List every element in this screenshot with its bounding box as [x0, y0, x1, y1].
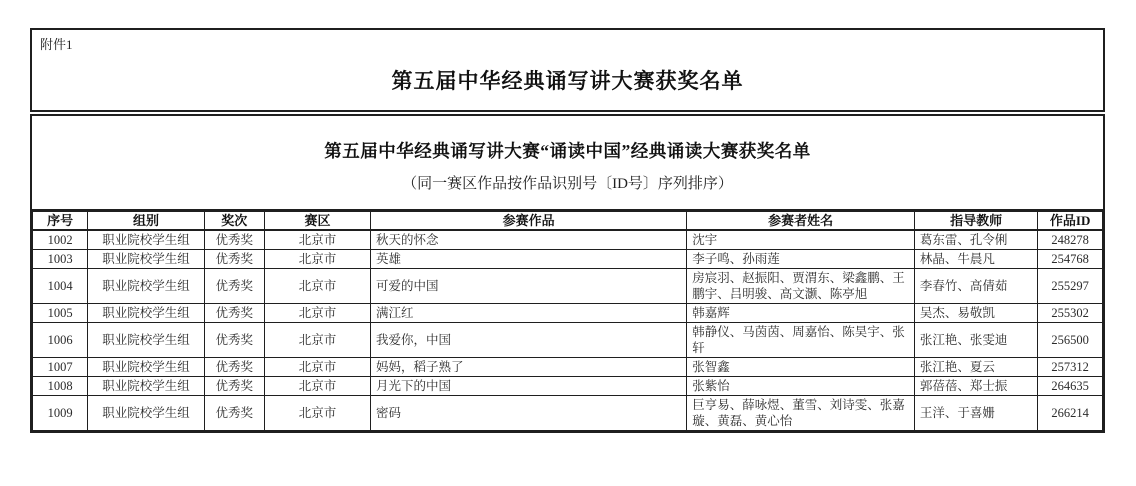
content-box: 第五届中华经典诵写讲大赛“诵读中国”经典诵读大赛获奖名单 （同一赛区作品按作品识…: [30, 114, 1105, 433]
table-cell: 优秀奖: [204, 396, 265, 431]
table-cell: 256500: [1038, 323, 1103, 358]
table-cell: 职业院校学生组: [88, 377, 204, 396]
table-row: 1008职业院校学生组优秀奖北京市月光下的中国张紫怡郭蓓蓓、郑士振264635: [33, 377, 1103, 396]
table-cell: 1009: [33, 396, 88, 431]
table-row: 1009职业院校学生组优秀奖北京市密码巨亨易、薛咏煜、董雪、刘诗雯、张嘉璇、黄磊…: [33, 396, 1103, 431]
table-cell: 巨亨易、薛咏煜、董雪、刘诗雯、张嘉璇、黄磊、黄心怡: [687, 396, 915, 431]
table-cell: 优秀奖: [204, 230, 265, 250]
main-title: 第五届中华经典诵写讲大赛获奖名单: [40, 65, 1095, 95]
table-cell: 1005: [33, 304, 88, 323]
table-cell: 张紫怡: [687, 377, 915, 396]
table-cell: 李春竹、高倩茹: [914, 269, 1037, 304]
table-cell: 1002: [33, 230, 88, 250]
awards-table-body: 1002职业院校学生组优秀奖北京市秋天的怀念沈宇葛东雷、孔令俐248278100…: [33, 230, 1103, 431]
table-row: 1005职业院校学生组优秀奖北京市满江红韩嘉辉吴杰、易敬凯255302: [33, 304, 1103, 323]
table-cell: 职业院校学生组: [88, 269, 204, 304]
table-cell: 1003: [33, 250, 88, 269]
table-header-cell: 奖次: [204, 211, 265, 231]
table-cell: 可爱的中国: [370, 269, 686, 304]
table-cell: 优秀奖: [204, 358, 265, 377]
table-cell: 韩静仪、马茵茵、周嘉怡、陈昊宇、张轩: [687, 323, 915, 358]
table-cell: 优秀奖: [204, 269, 265, 304]
table-cell: 王洋、于喜姗: [914, 396, 1037, 431]
table-header-cell: 序号: [33, 211, 88, 231]
table-cell: 沈宇: [687, 230, 915, 250]
table-cell: 李子鸣、孙雨莲: [687, 250, 915, 269]
table-cell: 北京市: [265, 250, 371, 269]
table-cell: 英雄: [370, 250, 686, 269]
table-cell: 优秀奖: [204, 377, 265, 396]
table-cell: 北京市: [265, 269, 371, 304]
table-cell: 北京市: [265, 230, 371, 250]
table-cell: 1006: [33, 323, 88, 358]
table-cell: 妈妈，稻子熟了: [370, 358, 686, 377]
table-cell: 1004: [33, 269, 88, 304]
table-cell: 优秀奖: [204, 250, 265, 269]
table-cell: 职业院校学生组: [88, 396, 204, 431]
table-cell: 房宸羽、赵振阳、贾渭东、梁鑫鹏、王鹏宇、吕明骏、高文灏、陈亭旭: [687, 269, 915, 304]
table-cell: 255297: [1038, 269, 1103, 304]
table-cell: 257312: [1038, 358, 1103, 377]
document-page: 附件1 第五届中华经典诵写讲大赛获奖名单 第五届中华经典诵写讲大赛“诵读中国”经…: [30, 28, 1105, 433]
section-title: 第五届中华经典诵写讲大赛“诵读中国”经典诵读大赛获奖名单: [32, 138, 1103, 163]
table-cell: 264635: [1038, 377, 1103, 396]
table-cell: 职业院校学生组: [88, 250, 204, 269]
table-cell: 北京市: [265, 377, 371, 396]
table-cell: 职业院校学生组: [88, 304, 204, 323]
table-cell: 职业院校学生组: [88, 323, 204, 358]
table-cell: 职业院校学生组: [88, 358, 204, 377]
table-cell: 葛东雷、孔令俐: [914, 230, 1037, 250]
title-box: 附件1 第五届中华经典诵写讲大赛获奖名单: [30, 28, 1105, 112]
table-cell: 255302: [1038, 304, 1103, 323]
table-cell: 北京市: [265, 396, 371, 431]
table-cell: 1007: [33, 358, 88, 377]
table-header-row: 序号组别奖次赛区参赛作品参赛者姓名指导教师作品ID: [33, 211, 1103, 231]
table-cell: 张江艳、张雯迪: [914, 323, 1037, 358]
table-cell: 月光下的中国: [370, 377, 686, 396]
table-cell: 职业院校学生组: [88, 230, 204, 250]
awards-table-head: 序号组别奖次赛区参赛作品参赛者姓名指导教师作品ID: [33, 211, 1103, 231]
table-cell: 1008: [33, 377, 88, 396]
table-cell: 北京市: [265, 304, 371, 323]
table-cell: 优秀奖: [204, 304, 265, 323]
table-header-cell: 参赛作品: [370, 211, 686, 231]
table-header-cell: 组别: [88, 211, 204, 231]
section-subtitle: （同一赛区作品按作品识别号〔ID号〕序列排序）: [32, 172, 1103, 193]
table-cell: 优秀奖: [204, 323, 265, 358]
table-row: 1003职业院校学生组优秀奖北京市英雄李子鸣、孙雨莲林晶、牛晨凡254768: [33, 250, 1103, 269]
table-cell: 266214: [1038, 396, 1103, 431]
table-header-cell: 指导教师: [914, 211, 1037, 231]
table-header-cell: 参赛者姓名: [687, 211, 915, 231]
table-row: 1007职业院校学生组优秀奖北京市妈妈，稻子熟了张智鑫张江艳、夏云257312: [33, 358, 1103, 377]
attachment-label: 附件1: [40, 34, 1095, 53]
table-row: 1004职业院校学生组优秀奖北京市可爱的中国房宸羽、赵振阳、贾渭东、梁鑫鹏、王鹏…: [33, 269, 1103, 304]
table-cell: 张智鑫: [687, 358, 915, 377]
table-cell: 北京市: [265, 358, 371, 377]
table-cell: 郭蓓蓓、郑士振: [914, 377, 1037, 396]
table-cell: 林晶、牛晨凡: [914, 250, 1037, 269]
table-header-cell: 作品ID: [1038, 211, 1103, 231]
table-row: 1002职业院校学生组优秀奖北京市秋天的怀念沈宇葛东雷、孔令俐248278: [33, 230, 1103, 250]
table-cell: 密码: [370, 396, 686, 431]
table-cell: 254768: [1038, 250, 1103, 269]
table-cell: 张江艳、夏云: [914, 358, 1037, 377]
table-cell: 秋天的怀念: [370, 230, 686, 250]
table-cell: 满江红: [370, 304, 686, 323]
awards-table: 序号组别奖次赛区参赛作品参赛者姓名指导教师作品ID 1002职业院校学生组优秀奖…: [32, 209, 1103, 431]
table-header-cell: 赛区: [265, 211, 371, 231]
table-cell: 吴杰、易敬凯: [914, 304, 1037, 323]
table-cell: 我爱你，中国: [370, 323, 686, 358]
table-cell: 韩嘉辉: [687, 304, 915, 323]
table-row: 1006职业院校学生组优秀奖北京市我爱你，中国韩静仪、马茵茵、周嘉怡、陈昊宇、张…: [33, 323, 1103, 358]
table-cell: 248278: [1038, 230, 1103, 250]
table-cell: 北京市: [265, 323, 371, 358]
